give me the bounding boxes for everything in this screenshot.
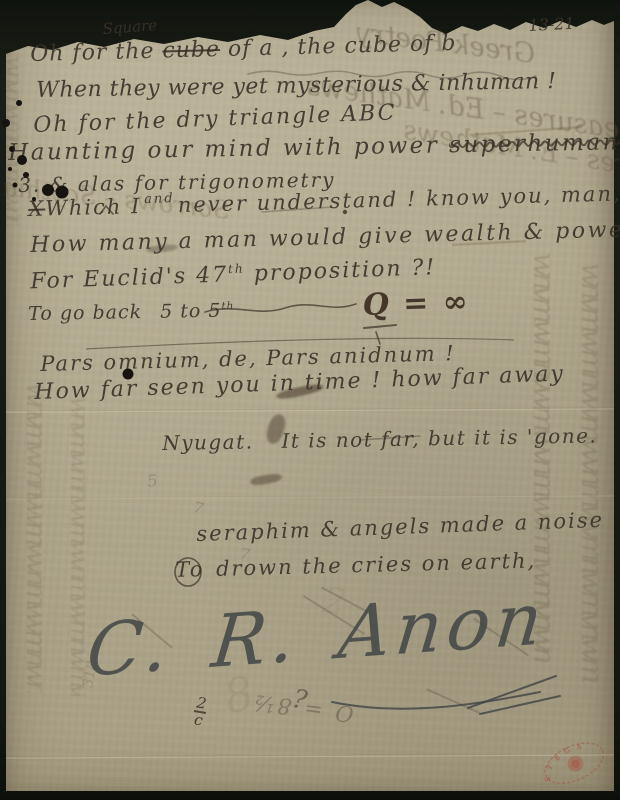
circled-word-to: To — [172, 557, 208, 582]
struck-word-cube: cube — [162, 37, 220, 63]
ordinal-suffix: th — [228, 262, 245, 277]
poem-line-6-pre: Which I — [45, 194, 142, 221]
ghost-scrawl-column: wnvmwmnvwmwvnmwvmnwmvnwmvwnmvwmnvwmnvwm — [574, 262, 609, 682]
ink-blots — [16, 100, 22, 106]
poem-line-1-pre: Oh for the — [30, 39, 163, 67]
deleted-letter: X — [28, 197, 46, 221]
catalog-number: 13-21 — [528, 14, 575, 35]
insertion-square: Square — [102, 16, 158, 38]
poem-line-9-b: 5 to 5 — [160, 300, 222, 323]
struck-word-superhuman: superhuman — [449, 129, 620, 158]
poem-line-9-a: To go back — [28, 301, 142, 325]
poem-line-12-word: Nyugat. — [162, 429, 254, 455]
ordinal-suffix: th — [221, 300, 234, 312]
inserted-word-and: and — [144, 191, 175, 207]
ghost-scrawl-column: wnvmwmnvwmwvnmwvmnwmvnwmvwnmvwmnvwmnvwm — [20, 382, 53, 692]
manuscript-scan: Greek Poetry Measures – Ed. Mathews Plea… — [0, 0, 620, 800]
fraction-bottom: c — [193, 710, 204, 729]
formula-q-infinity: Q = ∞ — [362, 284, 470, 323]
poem-line-9: To go back5 to 5th — [28, 299, 235, 325]
